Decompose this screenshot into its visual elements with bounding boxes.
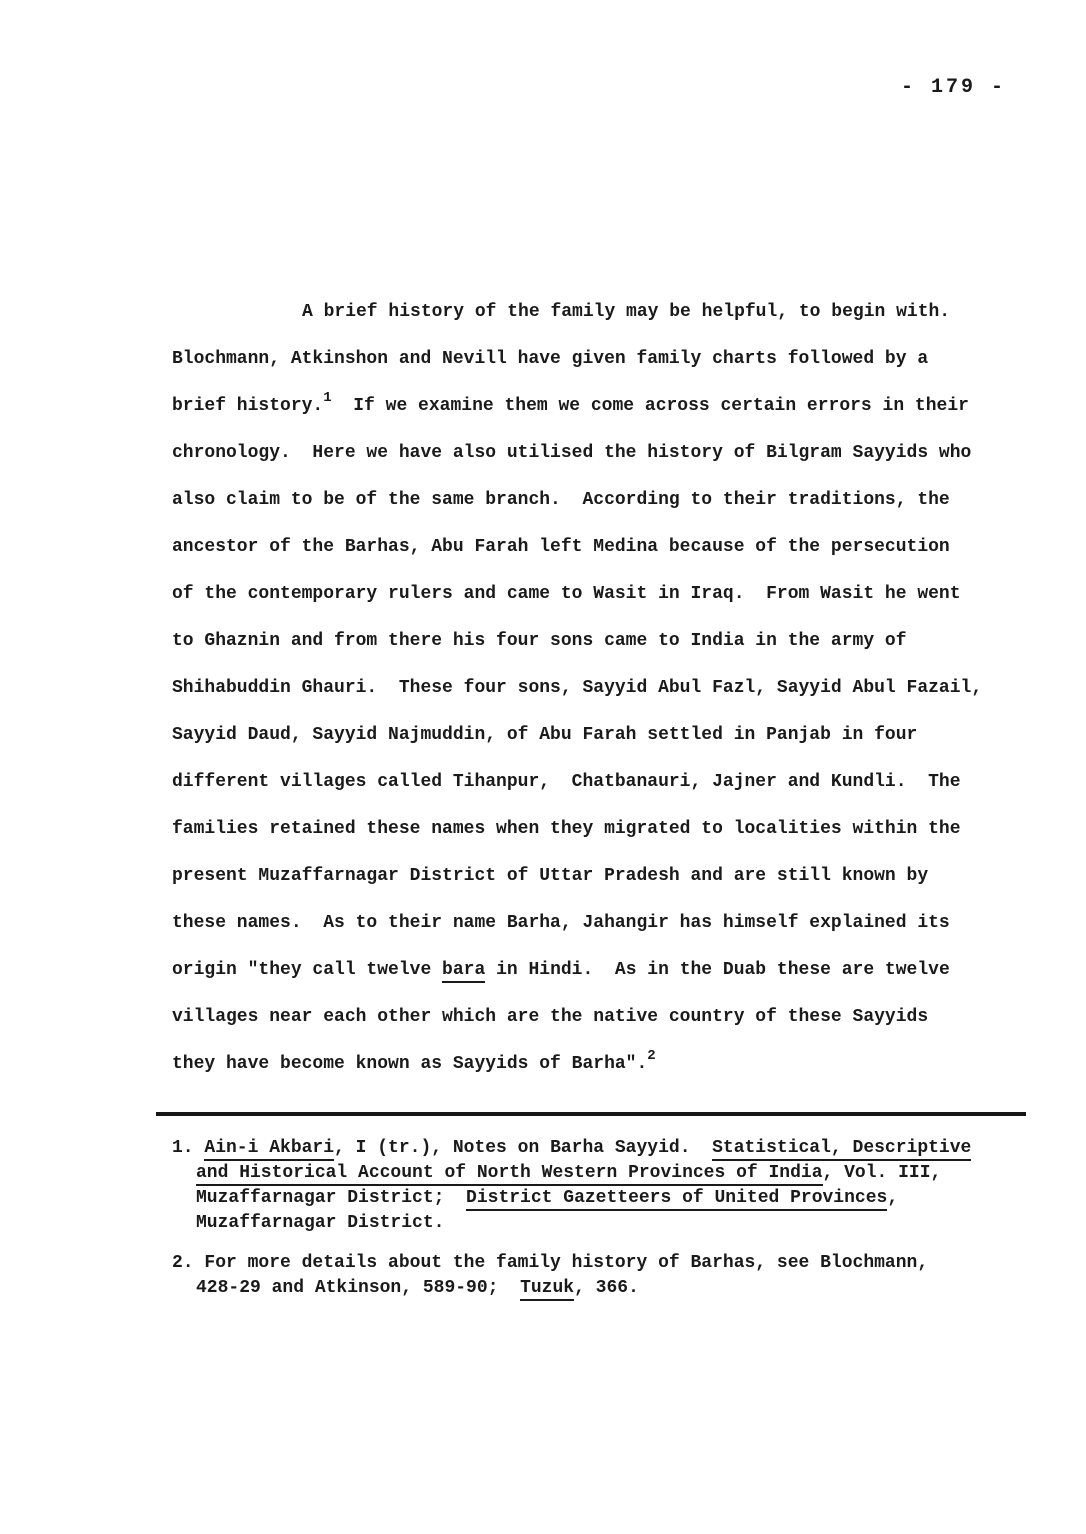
text-segment: 2. For more details about the family his… — [172, 1253, 928, 1273]
text-segment: A brief history of the family may be hel… — [302, 302, 950, 322]
text-segment: Blochmann, Atkinshon and Nevill have giv… — [172, 349, 928, 369]
body-line: brief history.1 If we examine them we co… — [172, 383, 1012, 430]
footnotes: 1. Ain-i Akbari, I (tr.), Notes on Barha… — [172, 1136, 1017, 1301]
footnote-line: Muzaffarnagar District; District Gazette… — [196, 1186, 1017, 1211]
body-line: Sayyid Daud, Sayyid Najmuddin, of Abu Fa… — [172, 712, 1012, 759]
body-line: these names. As to their name Barha, Jah… — [172, 900, 1012, 947]
body-line: families retained these names when they … — [172, 806, 1012, 853]
footnote-line: 428-29 and Atkinson, 589-90; Tuzuk, 366. — [196, 1276, 1017, 1301]
text-segment: If we examine them we come across certai… — [332, 396, 969, 416]
body-line: they have become known as Sayyids of Bar… — [172, 1041, 1012, 1088]
text-segment: Shihabuddin Ghauri. These four sons, Say… — [172, 678, 982, 698]
footnote-ref: 2 — [647, 1048, 655, 1064]
body-line: present Muzaffarnagar District of Uttar … — [172, 853, 1012, 900]
text-segment: 1. — [172, 1138, 204, 1158]
body-line: Blochmann, Atkinshon and Nevill have giv… — [172, 336, 1012, 383]
document-page: - 179 - A brief history of the family ma… — [0, 0, 1086, 1534]
body-line: origin "they call twelve bara in Hindi. … — [172, 947, 1012, 994]
text-segment: ancestor of the Barhas, Abu Farah left M… — [172, 537, 950, 557]
text-segment: these names. As to their name Barha, Jah… — [172, 913, 950, 933]
footnote-line: 1. Ain-i Akbari, I (tr.), Notes on Barha… — [172, 1136, 1017, 1161]
body-line: chronology. Here we have also utilised t… — [172, 430, 1012, 477]
text-segment: chronology. Here we have also utilised t… — [172, 443, 971, 463]
text-segment: to Ghaznin and from there his four sons … — [172, 631, 907, 651]
text-segment: of the contemporary rulers and came to W… — [172, 584, 961, 604]
body-text: A brief history of the family may be hel… — [172, 289, 1012, 1088]
body-line: Shihabuddin Ghauri. These four sons, Say… — [172, 665, 1012, 712]
text-segment: also claim to be of the same branch. Acc… — [172, 490, 950, 510]
footnote-ref: 1 — [323, 390, 331, 406]
text-segment: Muzaffarnagar District. — [196, 1213, 444, 1233]
body-line: to Ghaznin and from there his four sons … — [172, 618, 1012, 665]
body-line: also claim to be of the same branch. Acc… — [172, 477, 1012, 524]
footnote-line: Muzaffarnagar District. — [196, 1211, 1017, 1236]
text-segment: , — [887, 1188, 898, 1208]
text-segment: Tuzuk — [520, 1278, 574, 1301]
text-segment: bara — [442, 960, 485, 983]
text-segment: brief history. — [172, 396, 323, 416]
text-segment: and Historical Account of North Western … — [196, 1163, 823, 1186]
text-segment: families retained these names when they … — [172, 819, 961, 839]
text-segment: present Muzaffarnagar District of Uttar … — [172, 866, 928, 886]
text-segment: , 366. — [574, 1278, 639, 1298]
footnote-line: and Historical Account of North Western … — [196, 1161, 1017, 1186]
body-line: villages near each other which are the n… — [172, 994, 1012, 1041]
body-line: different villages called Tihanpur, Chat… — [172, 759, 1012, 806]
text-segment: Muzaffarnagar District; — [196, 1188, 466, 1208]
footnote-line: 2. For more details about the family his… — [172, 1251, 1017, 1276]
text-segment: District Gazetteers of United Provinces — [466, 1188, 887, 1211]
body-line: of the contemporary rulers and came to W… — [172, 571, 1012, 618]
text-segment: different villages called Tihanpur, Chat… — [172, 772, 961, 792]
text-segment: in Hindi. As in the Duab these are twelv… — [485, 960, 949, 980]
footnote: 2. For more details about the family his… — [172, 1251, 1017, 1301]
text-segment: Sayyid Daud, Sayyid Najmuddin, of Abu Fa… — [172, 725, 917, 745]
text-segment: , Vol. III, — [823, 1163, 942, 1183]
body-line: ancestor of the Barhas, Abu Farah left M… — [172, 524, 1012, 571]
text-segment: origin "they call twelve — [172, 960, 442, 980]
footnote: 1. Ain-i Akbari, I (tr.), Notes on Barha… — [172, 1136, 1017, 1236]
text-segment: Statistical, Descriptive — [712, 1138, 971, 1161]
text-segment: Ain-i Akbari — [204, 1138, 334, 1161]
text-segment: they have become known as Sayyids of Bar… — [172, 1054, 647, 1074]
text-segment: , I (tr.), Notes on Barha Sayyid. — [334, 1138, 712, 1158]
text-segment: villages near each other which are the n… — [172, 1007, 928, 1027]
page-number: - 179 - — [901, 76, 1006, 99]
body-line: A brief history of the family may be hel… — [172, 289, 1012, 336]
text-segment: 428-29 and Atkinson, 589-90; — [196, 1278, 520, 1298]
footnote-divider — [156, 1112, 1026, 1116]
